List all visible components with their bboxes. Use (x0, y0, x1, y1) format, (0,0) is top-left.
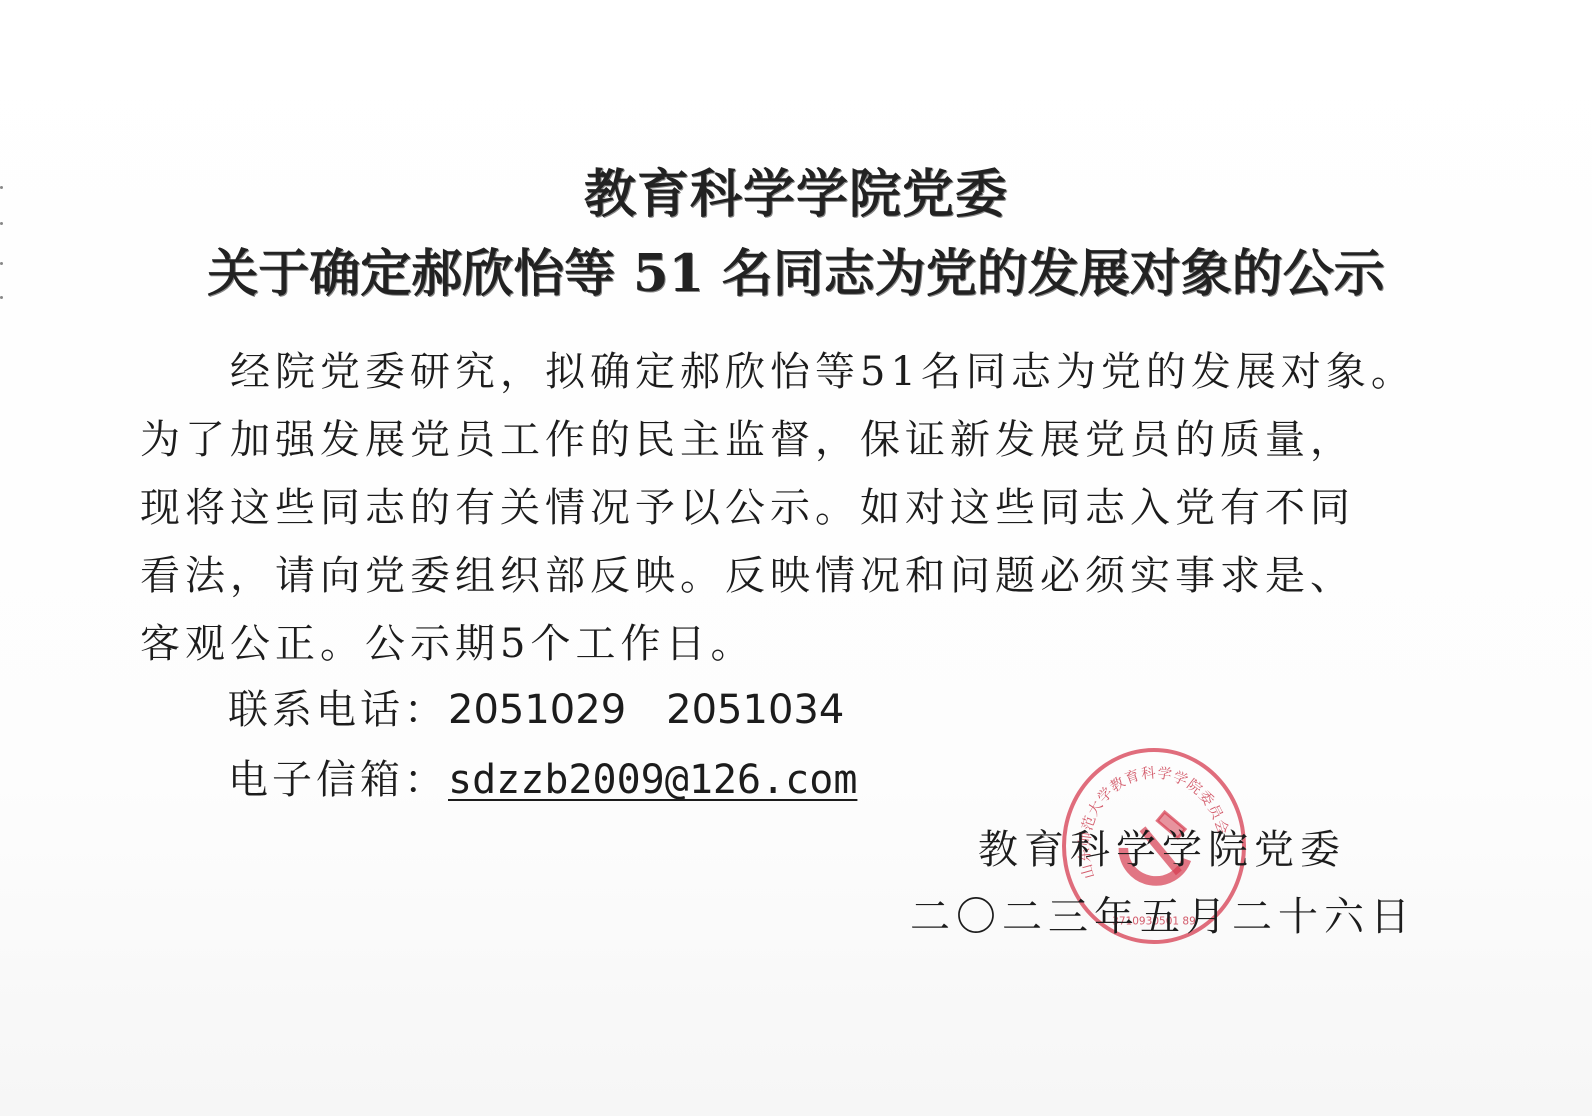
signature-organization: 教育科学学院党委 (978, 818, 1346, 875)
email-link[interactable]: sdzzb2009@126.com (448, 757, 857, 803)
document-page: 教育科学学院党委 关于确定郝欣怡等 51 名同志为党的发展对象的公示 经院党委研… (0, 0, 1592, 1116)
body-line: 为了加强发展党员工作的民主监督，保证新发展党员的质量， (140, 406, 1460, 474)
contact-email: 电子信箱：sdzzb2009@126.com (228, 748, 857, 805)
phone-numbers: 2051029 2051034 (448, 687, 844, 733)
announcement-body: 经院党委研究，拟确定郝欣怡等51名同志为党的发展对象。 为了加强发展党员工作的民… (140, 338, 1460, 678)
email-label: 电子信箱： (228, 757, 448, 803)
body-line: 客观公正。公示期5个工作日。 (140, 610, 1460, 678)
body-line: 经院党委研究，拟确定郝欣怡等51名同志为党的发展对象。 (140, 338, 1460, 406)
document-title-organization: 教育科学学院党委 (0, 152, 1592, 227)
contact-phone: 联系电话：2051029 2051034 (228, 678, 844, 735)
document-title-subject: 关于确定郝欣怡等 51 名同志为党的发展对象的公示 (0, 232, 1592, 306)
signature-date: 二〇二三年五月二十六日 (910, 885, 1416, 942)
body-line: 看法，请向党委组织部反映。反映情况和问题必须实事求是、 (140, 542, 1460, 610)
body-line: 现将这些同志的有关情况予以公示。如对这些同志入党有不同 (140, 474, 1460, 542)
phone-label: 联系电话： (228, 687, 448, 733)
